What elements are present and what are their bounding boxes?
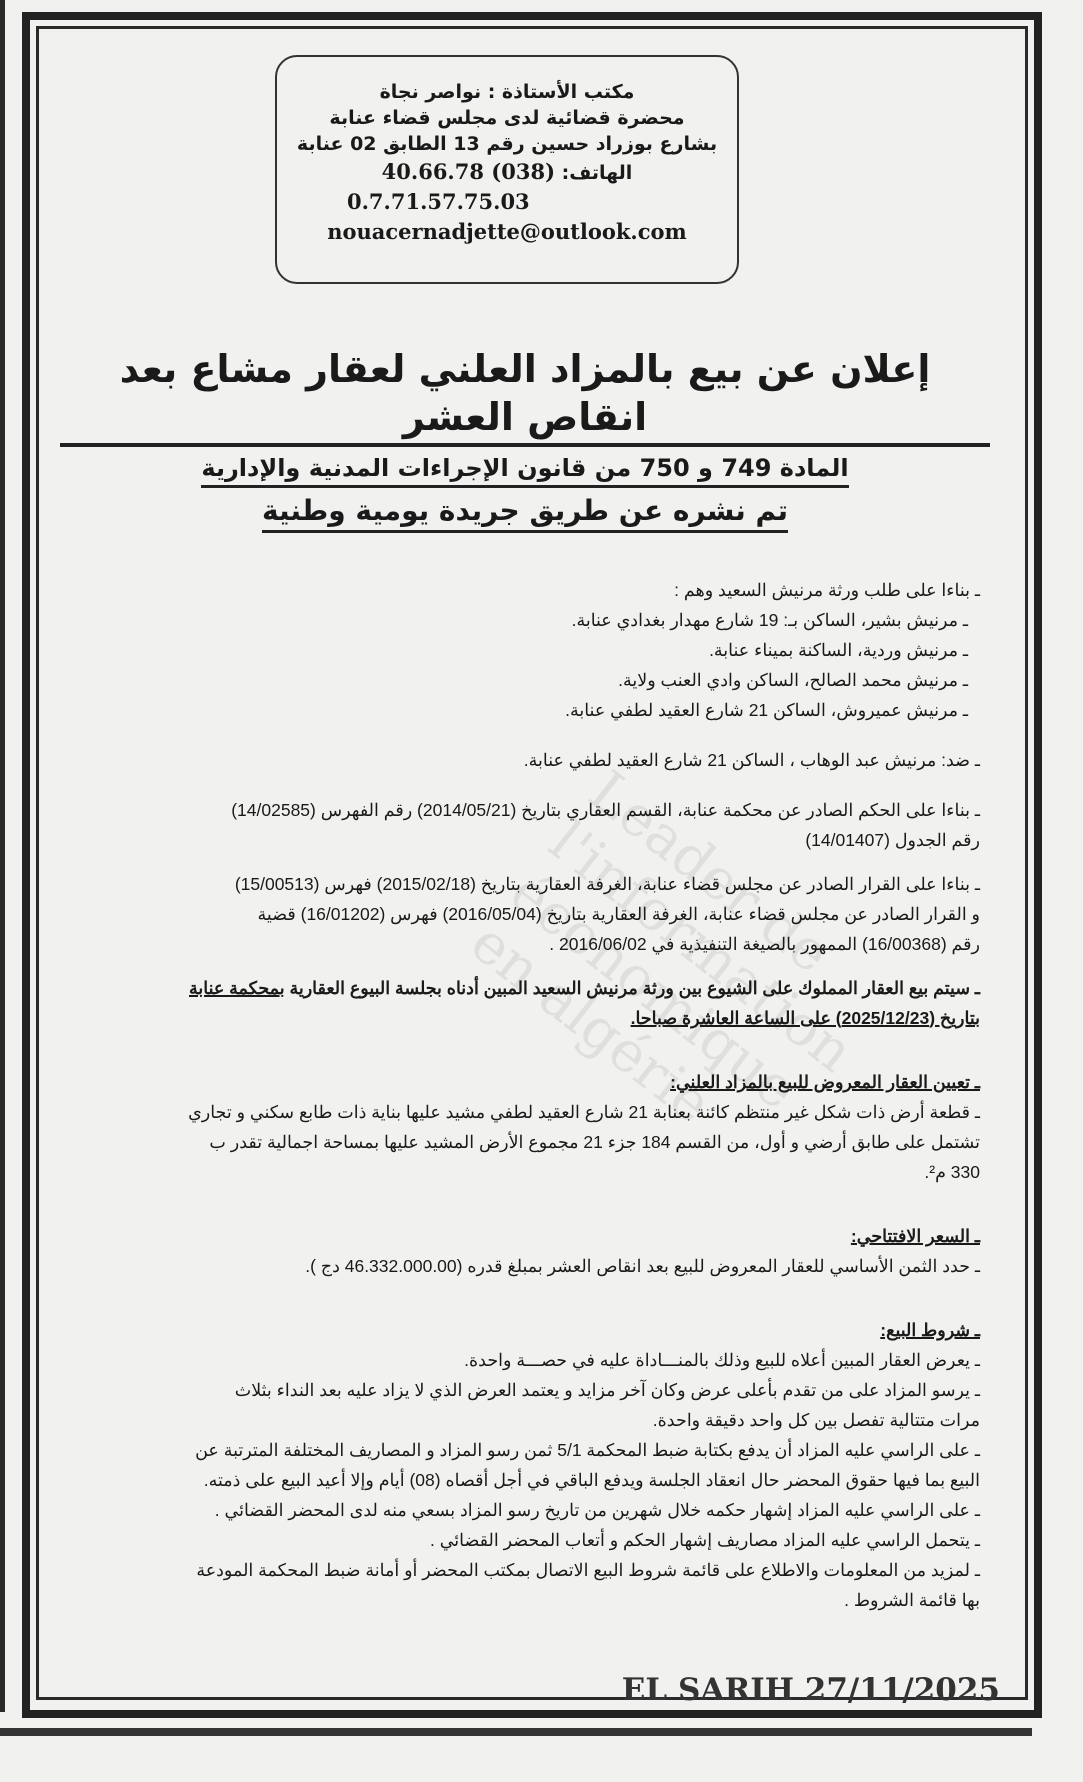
phone-row: الهاتف: (038) 40.66.78 (277, 157, 737, 187)
petitioners-intro: ـ بناءا على طلب ورثة مرنيش السعيد وهم : (90, 575, 980, 605)
property-line: تشتمل على طابق أرضي و أول، من القسم 184 … (90, 1127, 980, 1157)
condition-line: ـ يعرض العقار المبين أعلاه للبيع وذلك با… (90, 1345, 980, 1375)
newspaper-date-footer: EL SARIH 27/11/2025 (560, 1672, 1000, 1708)
petitioner-item: ـ مرنيش بشير، الساكن بـ: 19 شارع مهدار ب… (90, 605, 980, 635)
condition-line: بها قائمة الشروط . (90, 1585, 980, 1615)
petitioner-item: ـ مرنيش عميروش، الساكن 21 شارع العقيد لط… (90, 695, 980, 725)
announcement-body: ـ بناءا على طلب ورثة مرنيش السعيد وهم : … (90, 575, 980, 1615)
decision-line: و القرار الصادر عن مجلس قضاء عنابة، الغر… (90, 899, 980, 929)
condition-line: ـ على الراسي عليه المزاد أن يدفع بكتابة … (90, 1435, 980, 1465)
office-address: بشارع بوزراد حسين رقم 13 الطابق 02 عنابة (277, 131, 737, 157)
email-address: nouacernadjette@outlook.com (277, 217, 737, 247)
condition-line: مرات متتالية تفصل بين كل واحد دقيقة واحد… (90, 1405, 980, 1435)
against-party: ـ ضد: مرنيش عبد الوهاب ، الساكن 21 شارع … (90, 745, 980, 775)
office-name: مكتب الأستاذة : نواصر نجاة (277, 79, 737, 105)
judgment-line: رقم الجدول (14/01407) (90, 825, 980, 855)
property-area: 330 م². (90, 1157, 980, 1187)
sale-notice: ـ سيتم بيع العقار المملوك على الشيوع بين… (90, 973, 980, 1003)
decision-line: رقم (16/00368) الممهور بالصيغة التنفيذية… (90, 929, 980, 959)
condition-line: ـ يرسو المزاد على من تقدم بأعلى عرض وكان… (90, 1375, 980, 1405)
conditions-heading: ـ شروط البيع: (90, 1315, 980, 1345)
sale-court: بمحكمة عنابة (189, 978, 285, 998)
mobile-number: 0.7.71.57.75.03 (277, 187, 737, 217)
title-main: إعلان عن بيع بالمزاد العلني لعقار مشاع ب… (60, 345, 990, 447)
phone-label: الهاتف: (562, 162, 633, 184)
decision-line: ـ بناءا على القرار الصادر عن مجلس قضاء ع… (90, 869, 980, 899)
phone-number: (038) 40.66.78 (382, 159, 555, 184)
title-articles: المادة 749 و 750 من قانون الإجراءات المد… (201, 451, 848, 488)
condition-line: ـ لمزيد من المعلومات والاطلاع على قائمة … (90, 1555, 980, 1585)
condition-line: البيع بما فيها حقوق المحضر حال انعقاد ال… (90, 1465, 980, 1495)
condition-line: ـ يتحمل الراسي عليه المزاد مصاريف إشهار … (90, 1525, 980, 1555)
bailiff-contact-box: مكتب الأستاذة : نواصر نجاة محضرة قضائية … (275, 55, 739, 284)
price-line: ـ حدد الثمن الأساسي للعقار المعروض للبيع… (90, 1251, 980, 1281)
sale-notice-text: ـ سيتم بيع العقار المملوك على الشيوع بين… (285, 978, 980, 998)
petitioner-item: ـ مرنيش محمد الصالح، الساكن وادي العنب و… (90, 665, 980, 695)
page-edge-bar (0, 0, 5, 1712)
title-publication: تم نشره عن طريق جريدة يومية وطنية (262, 492, 788, 533)
office-title: محضرة قضائية لدى مجلس قضاء عنابة (277, 105, 737, 131)
property-heading: ـ تعيين العقار المعروض للبيع بالمزاد الع… (90, 1067, 980, 1097)
sale-date: بتاريخ (2025/12/23) على الساعة العاشرة ص… (90, 1003, 980, 1033)
announcement-title: إعلان عن بيع بالمزاد العلني لعقار مشاع ب… (60, 345, 990, 533)
property-line: ـ قطعة أرض ذات شكل غير منتظم كائنة بعناب… (90, 1097, 980, 1127)
judgment-line: ـ بناءا على الحكم الصادر عن محكمة عنابة،… (90, 795, 980, 825)
condition-line: ـ على الراسي عليه المزاد إشهار حكمه خلال… (90, 1495, 980, 1525)
price-heading: ـ السعر الافتتاحي: (90, 1221, 980, 1251)
bottom-rule (0, 1728, 1032, 1736)
petitioner-item: ـ مرنيش وردية، الساكنة بميناء عنابة. (90, 635, 980, 665)
